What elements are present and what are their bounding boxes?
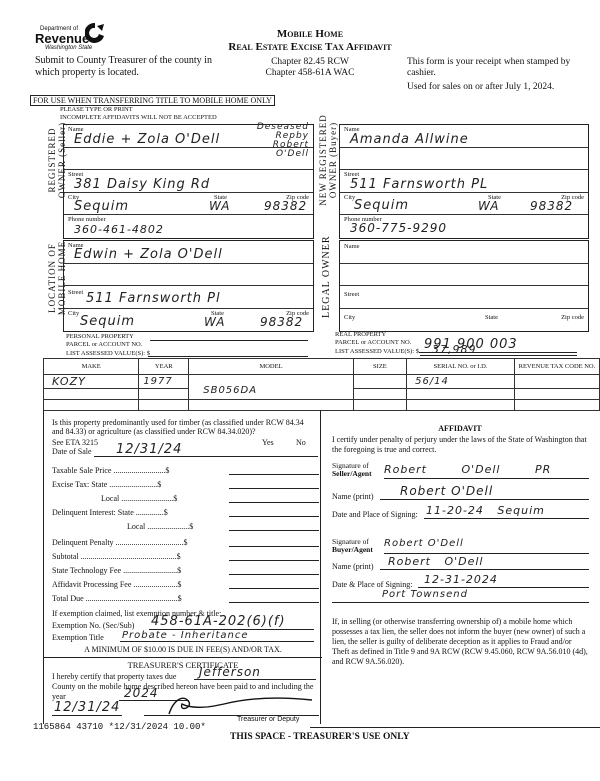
seller-zip-value[interactable]: 98382 xyxy=(264,199,307,213)
state-technology-fee-label: State Technology Fee ...................… xyxy=(52,566,181,575)
state-technology-fee-input[interactable] xyxy=(229,566,319,575)
treasurer-certify-prefix: I hereby certify that property taxes due xyxy=(52,672,176,681)
legal-name-row-2[interactable] xyxy=(340,264,588,286)
buyer-name-print-input[interactable]: Robert O'Dell xyxy=(380,558,589,570)
legal-assessed-label: LIST ASSESSED VALUE(S): $ xyxy=(335,348,419,355)
county-value: Jefferson xyxy=(199,665,261,679)
location-side-label-1: LOCATION OF xyxy=(47,238,57,318)
year-value: 1977 xyxy=(143,376,172,387)
chapter-refs: Chapter 82.45 RCW Chapter 458-61A WAC xyxy=(250,57,370,79)
exemption-no-label: Exemption No. (Sec/Sub) xyxy=(52,621,134,630)
legal-assessed-value: 37,989 xyxy=(432,343,477,356)
lien-warning: If, in selling (or otherwise transferrin… xyxy=(332,617,590,667)
logo-state: Washington State xyxy=(45,45,92,51)
line-label: Local xyxy=(127,522,145,531)
delinquent-interest-state-input[interactable] xyxy=(229,508,319,517)
seller-city-value[interactable]: Sequim xyxy=(74,199,129,214)
seller-signature-value: Robert O'Dell PR xyxy=(384,463,551,476)
tax-code-cell-2[interactable] xyxy=(514,389,599,400)
buyer-name-print-label: Name (print) xyxy=(332,562,374,571)
buyer-street-row[interactable]: Street 511 Farnsworth PL xyxy=(340,170,588,193)
dollar-sign: $ xyxy=(173,494,177,503)
transfer-banner: FOR USE WHEN TRANSFERRING TITLE TO MOBIL… xyxy=(30,95,275,106)
submit-note: Submit to County Treasurer of the county… xyxy=(35,55,235,79)
buyer-date-value: 12-31-2024 xyxy=(424,573,498,586)
make-cell[interactable]: KOZY xyxy=(44,375,139,389)
seller-phone-value[interactable]: 360-461-4802 xyxy=(74,223,164,236)
year-cell[interactable]: 1977 xyxy=(139,375,189,389)
footer-divider xyxy=(310,727,600,728)
buyer-side-label: NEW REGISTERED OWNER (Buyer) xyxy=(318,110,338,210)
county-input[interactable]: Jefferson xyxy=(194,669,316,680)
serial-cell[interactable]: 56/14 xyxy=(407,375,515,389)
revenue-logo-icon xyxy=(85,22,105,44)
location-name-row[interactable]: Name Edwin + Zola O'Dell xyxy=(64,241,313,264)
make-value: KOZY xyxy=(52,375,86,388)
chapter-rcw: Chapter 82.45 RCW xyxy=(250,57,370,68)
dollar-sign: $ xyxy=(164,508,168,517)
tax-section: Is this property predominantly used for … xyxy=(43,410,321,724)
legal-city-row[interactable]: City State Zip code xyxy=(340,309,588,331)
seller-street-value[interactable]: 381 Daisy King Rd xyxy=(74,177,210,192)
col-serial: SERIAL NO. or I.D. xyxy=(407,359,515,375)
location-street-value[interactable]: 511 Farnsworth Pl xyxy=(86,291,221,306)
buyer-city-value[interactable]: Sequim xyxy=(354,198,409,213)
affidavit-processing-fee-input[interactable] xyxy=(229,580,319,589)
dollar-sign: $ xyxy=(178,594,182,603)
chapter-wac: Chapter 458-61A WAC xyxy=(250,68,370,79)
legal-street-label: Street xyxy=(344,291,359,298)
dollar-sign: $ xyxy=(177,580,181,589)
title-line-1: Mobile Home xyxy=(200,28,420,41)
seller-date-value: 11-20-24 Sequim xyxy=(426,504,545,517)
seller-name-print-value: Robert O'Dell xyxy=(400,484,493,498)
exemption-no-value: 458-61A-202(6)(f) xyxy=(151,614,286,629)
exemption-title-label: Exemption Title xyxy=(52,633,104,642)
size-cell-2[interactable] xyxy=(353,389,406,400)
col-model: MODEL xyxy=(189,359,354,375)
see-eta: See ETA 3215 xyxy=(52,438,98,447)
receipt-note: This form is your receipt when stamped b… xyxy=(407,57,587,79)
buyer-signature-input[interactable]: Robert O'Dell xyxy=(384,542,589,554)
exemption-no-input[interactable]: 458-61A-202(6)(f) xyxy=(149,617,314,630)
taxable-sale-price-input[interactable] xyxy=(229,466,319,475)
dollar-sign: $ xyxy=(177,552,181,561)
buyer-zip-value[interactable]: 98382 xyxy=(530,199,573,213)
affidavit-processing-fee-label: Affidavit Processing Fee ...............… xyxy=(52,580,181,589)
buyer-signature-label-2: Buyer/Agent xyxy=(332,546,373,554)
location-city-label: City xyxy=(68,310,79,317)
form-title: Mobile Home Real Estate Excise Tax Affid… xyxy=(200,28,420,54)
location-parcel-label: PERSONAL PROPERTY PARCEL or ACCOUNT NO. xyxy=(66,333,142,349)
location-street-label: Street xyxy=(68,289,83,296)
buyer-phone-value[interactable]: 360-775-9290 xyxy=(350,221,447,235)
treasurer-date-input[interactable]: 12/31/24 xyxy=(52,703,122,716)
excise-local-input[interactable] xyxy=(229,494,319,503)
dollar-sign: $ xyxy=(177,566,181,575)
delinquent-penalty-label: Delinquent Penalty .....................… xyxy=(52,538,188,547)
col-year: YEAR xyxy=(139,359,189,375)
buyer-side-label-1: NEW REGISTERED xyxy=(318,110,328,210)
line-label: Affidavit Processing Fee xyxy=(52,580,131,589)
line-label: Local xyxy=(101,494,119,503)
please-type-note: PLEASE TYPE OR PRINT xyxy=(60,106,133,113)
seller-box: Name Eddie + Zola O'Dell Deseased Repby … xyxy=(63,124,314,239)
location-name-row-2[interactable] xyxy=(64,264,313,286)
vehicle-row-3 xyxy=(44,400,600,411)
size-cell[interactable] xyxy=(353,375,406,389)
excise-local-label: Local ..........................$ xyxy=(101,494,177,503)
line-label: Subtotal xyxy=(52,552,79,561)
line-label: Taxable Sale Price xyxy=(52,466,111,475)
buyer-state-value[interactable]: WA xyxy=(478,199,499,213)
cashier-stamp: 1165864 43710 *12/31/2024 10.00* xyxy=(33,722,206,732)
divider xyxy=(44,657,322,658)
delinquent-interest-local-label: Local .....................$ xyxy=(127,522,193,531)
title-line-2: Real Estate Excise Tax Affidavit xyxy=(200,41,420,54)
line-label: Delinquent Interest: State xyxy=(52,508,134,517)
col-tax-code: REVENUE TAX CODE NO. xyxy=(514,359,599,375)
delinquent-interest-local-input[interactable] xyxy=(229,522,319,531)
location-parcel-label-1: PERSONAL PROPERTY xyxy=(66,333,142,341)
serial-value: 56/14 xyxy=(415,376,449,387)
buyer-place-value: Port Townsend xyxy=(382,589,468,600)
vehicle-header-row: MAKE YEAR MODEL SIZE SERIAL NO. or I.D. … xyxy=(44,359,600,375)
vehicle-table: MAKE YEAR MODEL SIZE SERIAL NO. or I.D. … xyxy=(43,358,600,411)
col-size: SIZE xyxy=(353,359,406,375)
date-of-sale-label: Date of Sale xyxy=(52,447,92,456)
affidavit-heading: AFFIDAVIT xyxy=(330,424,590,433)
legal-city-label: City xyxy=(344,314,355,321)
legal-assessed-input[interactable]: 37,989 xyxy=(420,346,577,356)
location-parcel-label-2: PARCEL or ACCOUNT NO. xyxy=(66,341,142,349)
delinquent-interest-state-label: Delinquent Interest: State .............… xyxy=(52,508,168,517)
buyer-side-label-2: OWNER (Buyer) xyxy=(328,110,338,210)
line-label: Delinquent Penalty xyxy=(52,538,114,547)
seller-city-row[interactable]: City State Zip code Sequim WA 98382 xyxy=(64,193,313,215)
buyer-name-value[interactable]: Amanda Allwine xyxy=(350,132,469,147)
treasurer-signature-icon xyxy=(164,694,314,716)
size-cell-3[interactable] xyxy=(353,400,406,411)
legal-parcel-label: REAL PROPERTY PARCEL or ACCOUNT NO. xyxy=(335,331,411,347)
revenue-logo: Department of Revenue Washington State xyxy=(35,22,125,54)
location-assessed-label: LIST ASSESSED VALUE(S): $ xyxy=(66,350,150,357)
taxable-sale-price-label: Taxable Sale Price .....................… xyxy=(52,466,169,475)
legal-parcel-label-2: PARCEL or ACCOUNT NO. xyxy=(335,339,411,347)
legal-name-label: Name xyxy=(344,243,360,250)
dollar-sign: $ xyxy=(189,522,193,531)
location-city-value[interactable]: Sequim xyxy=(80,314,135,329)
line-label: State Technology Fee xyxy=(52,566,121,575)
model-value: SB056DA xyxy=(203,385,257,396)
seller-state-value[interactable]: WA xyxy=(209,199,230,213)
tax-code-cell[interactable] xyxy=(514,375,599,389)
seller-name-print-label: Name (print) xyxy=(332,492,374,501)
subtotal-input[interactable] xyxy=(229,552,319,561)
buyer-signature-label: Signature of Buyer/Agent xyxy=(332,538,373,554)
seller-date-input[interactable]: 11-20-24 Sequim xyxy=(424,507,589,519)
location-state-value[interactable]: WA xyxy=(204,315,225,329)
buyer-city-row[interactable]: City State Zip code Sequim WA 98382 xyxy=(340,193,588,215)
seller-signature-input[interactable]: Robert O'Dell PR xyxy=(384,466,589,479)
seller-name-value[interactable]: Eddie + Zola O'Dell xyxy=(74,132,220,147)
dollar-sign: $ xyxy=(165,466,169,475)
year-cell-2[interactable] xyxy=(139,389,189,400)
excise-state-label: Excise Tax: State ......................… xyxy=(52,480,161,489)
legal-owner-box: Name Street City State Zip code xyxy=(339,240,589,332)
seller-signature-label-2: Seller/Agent xyxy=(332,470,372,478)
seller-name-row-2[interactable] xyxy=(64,148,313,170)
incomplete-note: INCOMPLETE AFFIDAVITS WILL NOT BE ACCEPT… xyxy=(60,114,217,121)
buyer-name-row[interactable]: Name Amanda Allwine xyxy=(340,125,588,148)
legal-name-row[interactable]: Name xyxy=(340,241,588,264)
treasurer-signature-input[interactable] xyxy=(144,704,319,716)
date-of-sale-value: 12/31/24 xyxy=(116,442,182,457)
buyer-phone-row[interactable]: Phone number 360-775-9290 xyxy=(340,215,588,238)
legal-owner-side-label: LEGAL OWNER xyxy=(322,238,332,318)
seller-street-row[interactable]: Street 381 Daisy King Rd xyxy=(64,170,313,193)
treasurer-use-footer: THIS SPACE - TREASURER'S USE ONLY xyxy=(230,732,410,742)
seller-signature-label: Signature of Seller/Agent xyxy=(332,462,372,478)
seller-phone-label: Phone number xyxy=(68,216,106,223)
buyer-name-print-value: Robert O'Dell xyxy=(388,555,483,568)
vehicle-row: KOZY 1977 SB056DA 56/14 xyxy=(44,375,600,389)
logo-name: Revenue xyxy=(35,31,89,46)
buyer-date-label: Date & Place of Signing: xyxy=(332,580,412,589)
location-assessed-input[interactable] xyxy=(148,351,308,357)
buyer-box: Name Amanda Allwine Street 511 Farnswort… xyxy=(339,124,589,239)
location-street-row[interactable]: Street 511 Farnsworth Pl xyxy=(64,286,313,309)
exemption-title-input[interactable]: Probate - Inheritance xyxy=(120,632,314,642)
excise-state-input[interactable] xyxy=(229,480,319,489)
serial-cell-3[interactable] xyxy=(407,400,515,411)
dollar-sign: $ xyxy=(157,480,161,489)
location-box: Name Edwin + Zola O'Dell Street 511 Farn… xyxy=(63,240,314,332)
seller-name-print-input[interactable]: Robert O'Dell xyxy=(380,487,589,500)
dollar-sign: $ xyxy=(184,538,188,547)
location-name-value[interactable]: Edwin + Zola O'Dell xyxy=(74,247,223,262)
minimum-due-note: A MINIMUM OF $10.00 IS DUE IN FEE(S) AND… xyxy=(44,645,322,654)
buyer-signature-value: Robert O'Dell xyxy=(384,538,464,549)
exemption-title-value: Probate - Inheritance xyxy=(122,630,248,641)
line-label: Excise Tax: State xyxy=(52,480,107,489)
buyer-name-row-2[interactable] xyxy=(340,148,588,170)
buyer-date-input[interactable]: 12-31-2024 xyxy=(418,576,589,588)
treasurer-deputy-label: Treasurer or Deputy xyxy=(237,716,299,723)
timber-question: Is this property predominantly used for … xyxy=(52,418,314,436)
total-due-label: Total Due ..............................… xyxy=(52,594,182,603)
legal-parcel-label-1: REAL PROPERTY xyxy=(335,331,411,339)
seller-name-row[interactable]: Name Eddie + Zola O'Dell Deseased Repby … xyxy=(64,125,313,148)
seller-date-label: Date and Place of Signing: xyxy=(332,510,418,519)
location-city-row[interactable]: City State Zip code Sequim WA 98382 xyxy=(64,309,313,331)
tax-code-cell-3[interactable] xyxy=(514,400,599,411)
treasurer-date-value: 12/31/24 xyxy=(54,700,120,715)
total-due-input[interactable] xyxy=(229,594,319,603)
date-of-sale-input[interactable]: 12/31/24 xyxy=(94,446,318,457)
buyer-place-input[interactable]: Port Townsend xyxy=(332,592,589,603)
legal-street-row[interactable]: Street xyxy=(340,286,588,309)
model-cell[interactable]: SB056DA xyxy=(189,375,354,400)
line-label: Total Due xyxy=(52,594,84,603)
year-cell-3[interactable] xyxy=(139,400,189,411)
seller-side-label-1: REGISTERED xyxy=(47,110,57,210)
paid-year-value: 2024 xyxy=(124,686,159,700)
make-cell-3[interactable] xyxy=(44,400,139,411)
buyer-street-value[interactable]: 511 Farnsworth PL xyxy=(350,177,488,192)
seller-phone-row[interactable]: Phone number 360-461-4802 xyxy=(64,215,313,238)
delinquent-penalty-input[interactable] xyxy=(229,538,319,547)
affidavit-certify: I certify under penalty of perjury under… xyxy=(332,435,587,455)
used-note: Used for sales on or after July 1, 2024. xyxy=(407,82,597,92)
legal-state-label: State xyxy=(485,314,498,321)
location-parcel-input[interactable] xyxy=(150,340,308,341)
serial-cell-2[interactable] xyxy=(407,389,515,400)
col-make: MAKE xyxy=(44,359,139,375)
model-cell-3[interactable] xyxy=(189,400,354,411)
make-cell-2[interactable] xyxy=(44,389,139,400)
subtotal-label: Subtotal ...............................… xyxy=(52,552,181,561)
legal-zip-label: Zip code xyxy=(561,314,584,321)
location-zip-value[interactable]: 98382 xyxy=(260,315,303,329)
